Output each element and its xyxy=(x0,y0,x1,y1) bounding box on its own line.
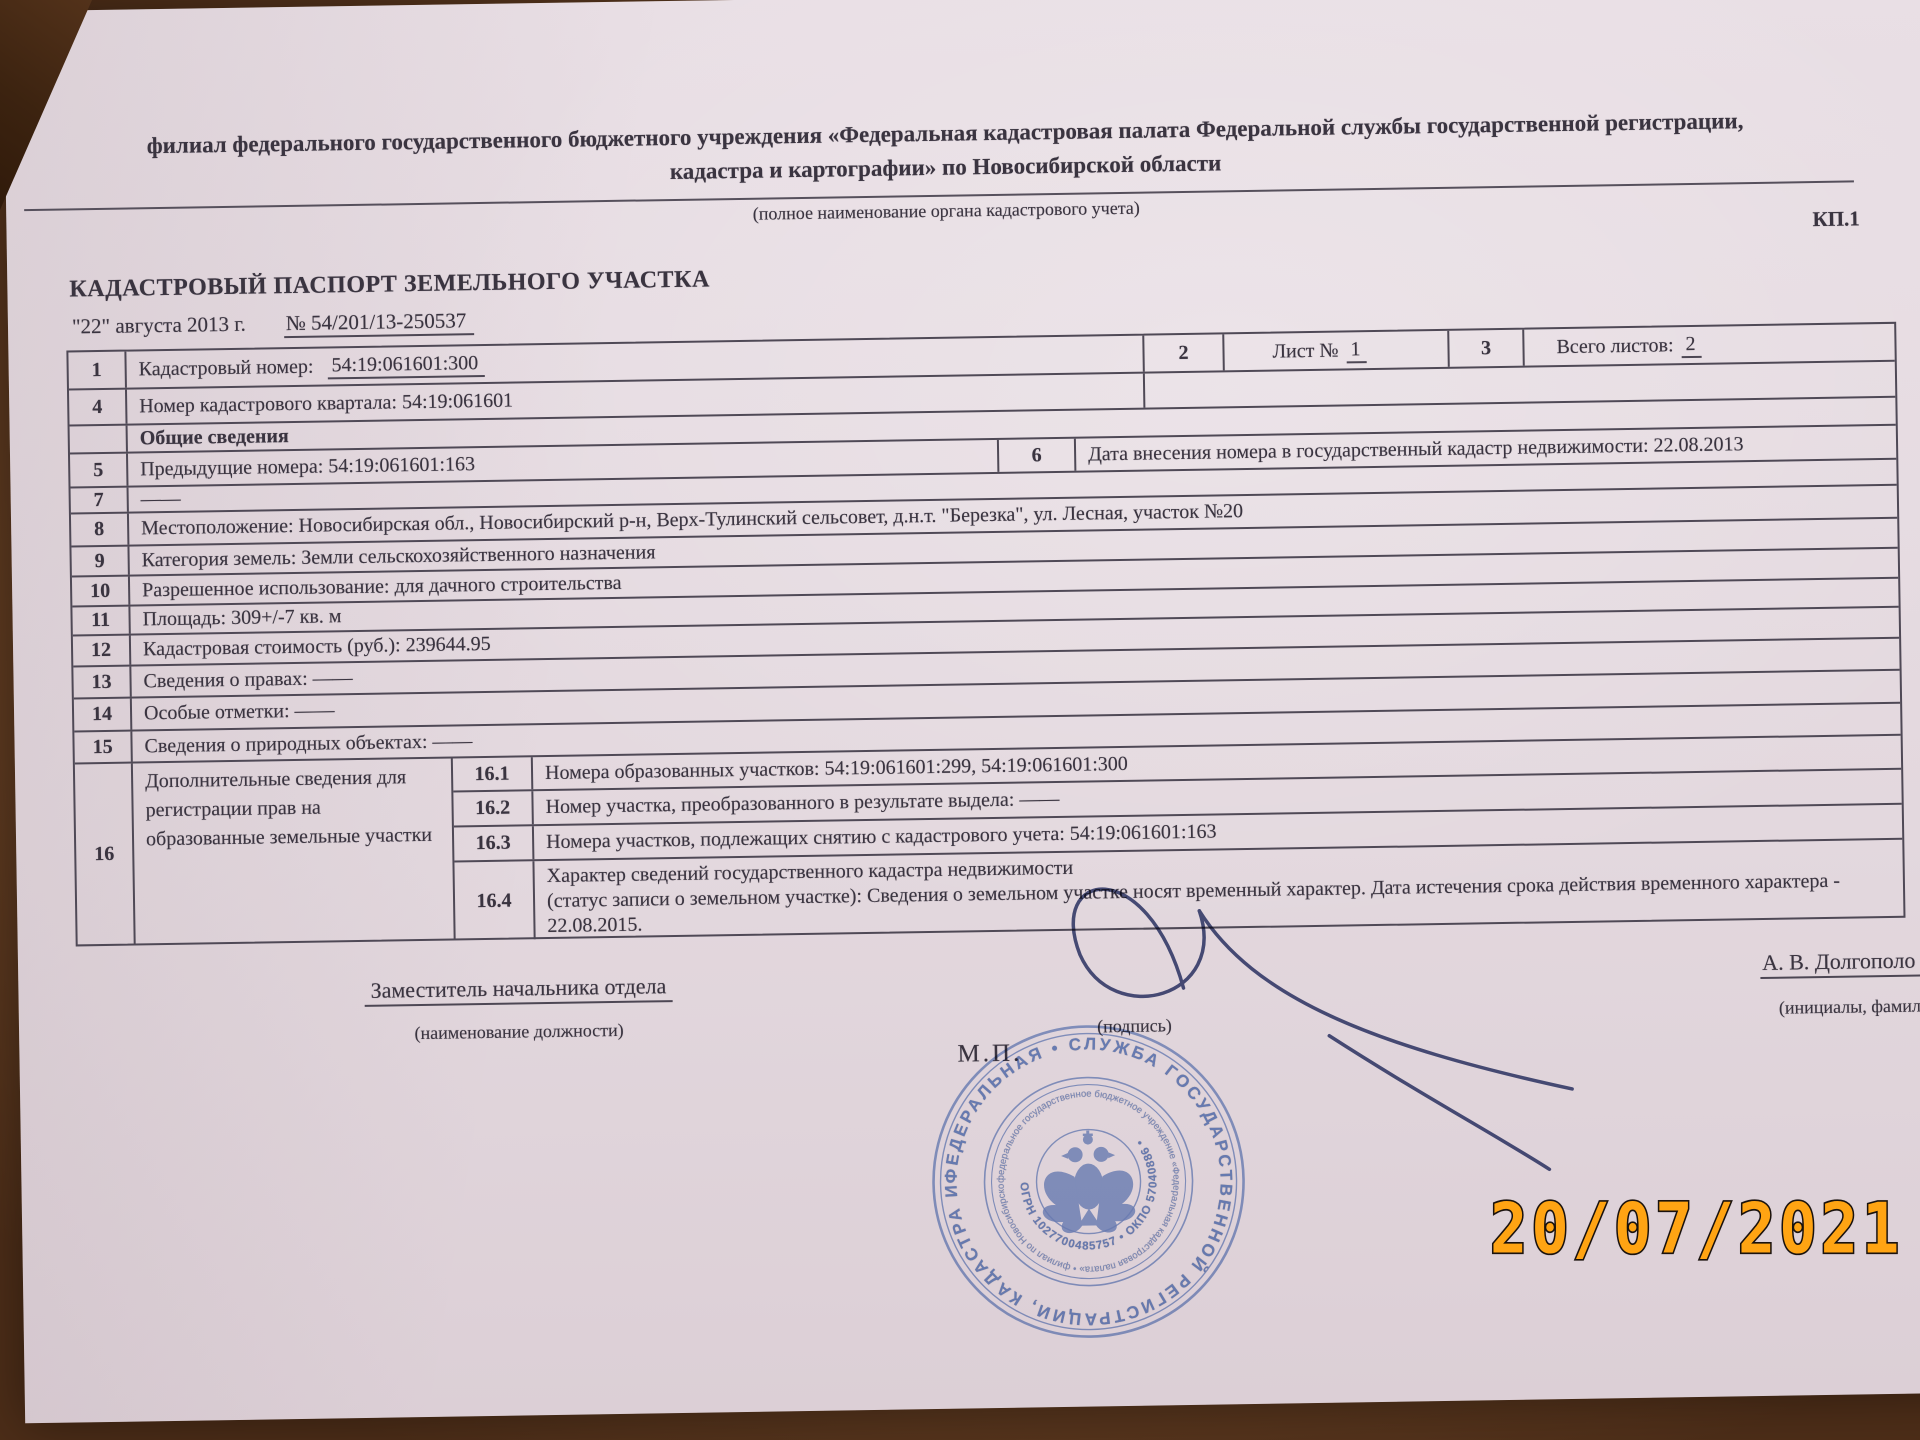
cadastral-number-value: 54:19:061601:300 xyxy=(327,351,484,378)
row-number-6: 6 xyxy=(997,439,1074,472)
signatory-name-text: А. В. Долгополо xyxy=(1760,947,1920,979)
position-caption: (наименование должности) xyxy=(349,1019,689,1045)
document-number: № 54/201/13-250537 xyxy=(284,308,475,338)
row-number: 15 xyxy=(74,732,132,763)
subrow-number: 16.1 xyxy=(453,757,533,790)
row-number: 9 xyxy=(71,547,129,576)
sheet-number-label: Лист № xyxy=(1272,339,1338,363)
handwritten-signature xyxy=(896,806,1663,1238)
row-number-3: 3 xyxy=(1447,330,1523,367)
document-title: КАДАСТРОВЫЙ ПАСПОРТ ЗЕМЕЛЬНОГО УЧАСТКА xyxy=(69,266,710,303)
signatory-name: А. В. Долгополо xyxy=(1760,947,1920,976)
subrow-number: 16.2 xyxy=(453,791,534,825)
row-number: 7 xyxy=(71,488,129,513)
row-number: 10 xyxy=(72,577,130,606)
name-caption: (инициалы, фамили xyxy=(1779,995,1920,1018)
row-number-2: 2 xyxy=(1142,334,1223,371)
row-number: 5 xyxy=(70,454,128,487)
row-number: 14 xyxy=(74,699,132,731)
row-number: 4 xyxy=(69,390,128,425)
total-sheets-label: Всего листов: xyxy=(1556,334,1673,359)
subrow-number: 16.4 xyxy=(454,861,535,940)
sheet-number-value: 1 xyxy=(1346,338,1366,363)
row-number: 13 xyxy=(73,667,131,698)
sheet-number-cell: Лист № 1 xyxy=(1222,331,1448,371)
additional-info-label: Дополнительные сведения для регистрации … xyxy=(133,759,456,944)
total-sheets-cell: Всего листов: 2 xyxy=(1522,324,1895,366)
issue-date-line: "22" августа 2013 г.№ 54/201/13-250537 xyxy=(72,308,475,339)
subrow-number: 16.3 xyxy=(454,826,535,860)
row-number: 11 xyxy=(72,607,130,635)
form-code: КП.1 xyxy=(1812,206,1860,232)
signatory-position-text: Заместитель начальника отдела xyxy=(364,973,672,1007)
cadastral-number-label: Кадастровый номер: xyxy=(138,355,313,381)
row-number: 12 xyxy=(73,636,131,666)
issue-date: "22" августа 2013 г. xyxy=(72,312,246,339)
row-number: 1 xyxy=(68,352,127,389)
photo-background: { "camera_overlay": { "date": "20/07/202… xyxy=(0,0,1920,1440)
row-number: 16 xyxy=(75,764,136,945)
row-number: 8 xyxy=(71,514,129,546)
camera-date-overlay: 20/07/2021 xyxy=(1490,1188,1903,1270)
signatory-position: Заместитель начальника отдела xyxy=(318,972,718,1004)
total-sheets-value: 2 xyxy=(1681,332,1701,357)
row-number xyxy=(70,426,128,453)
